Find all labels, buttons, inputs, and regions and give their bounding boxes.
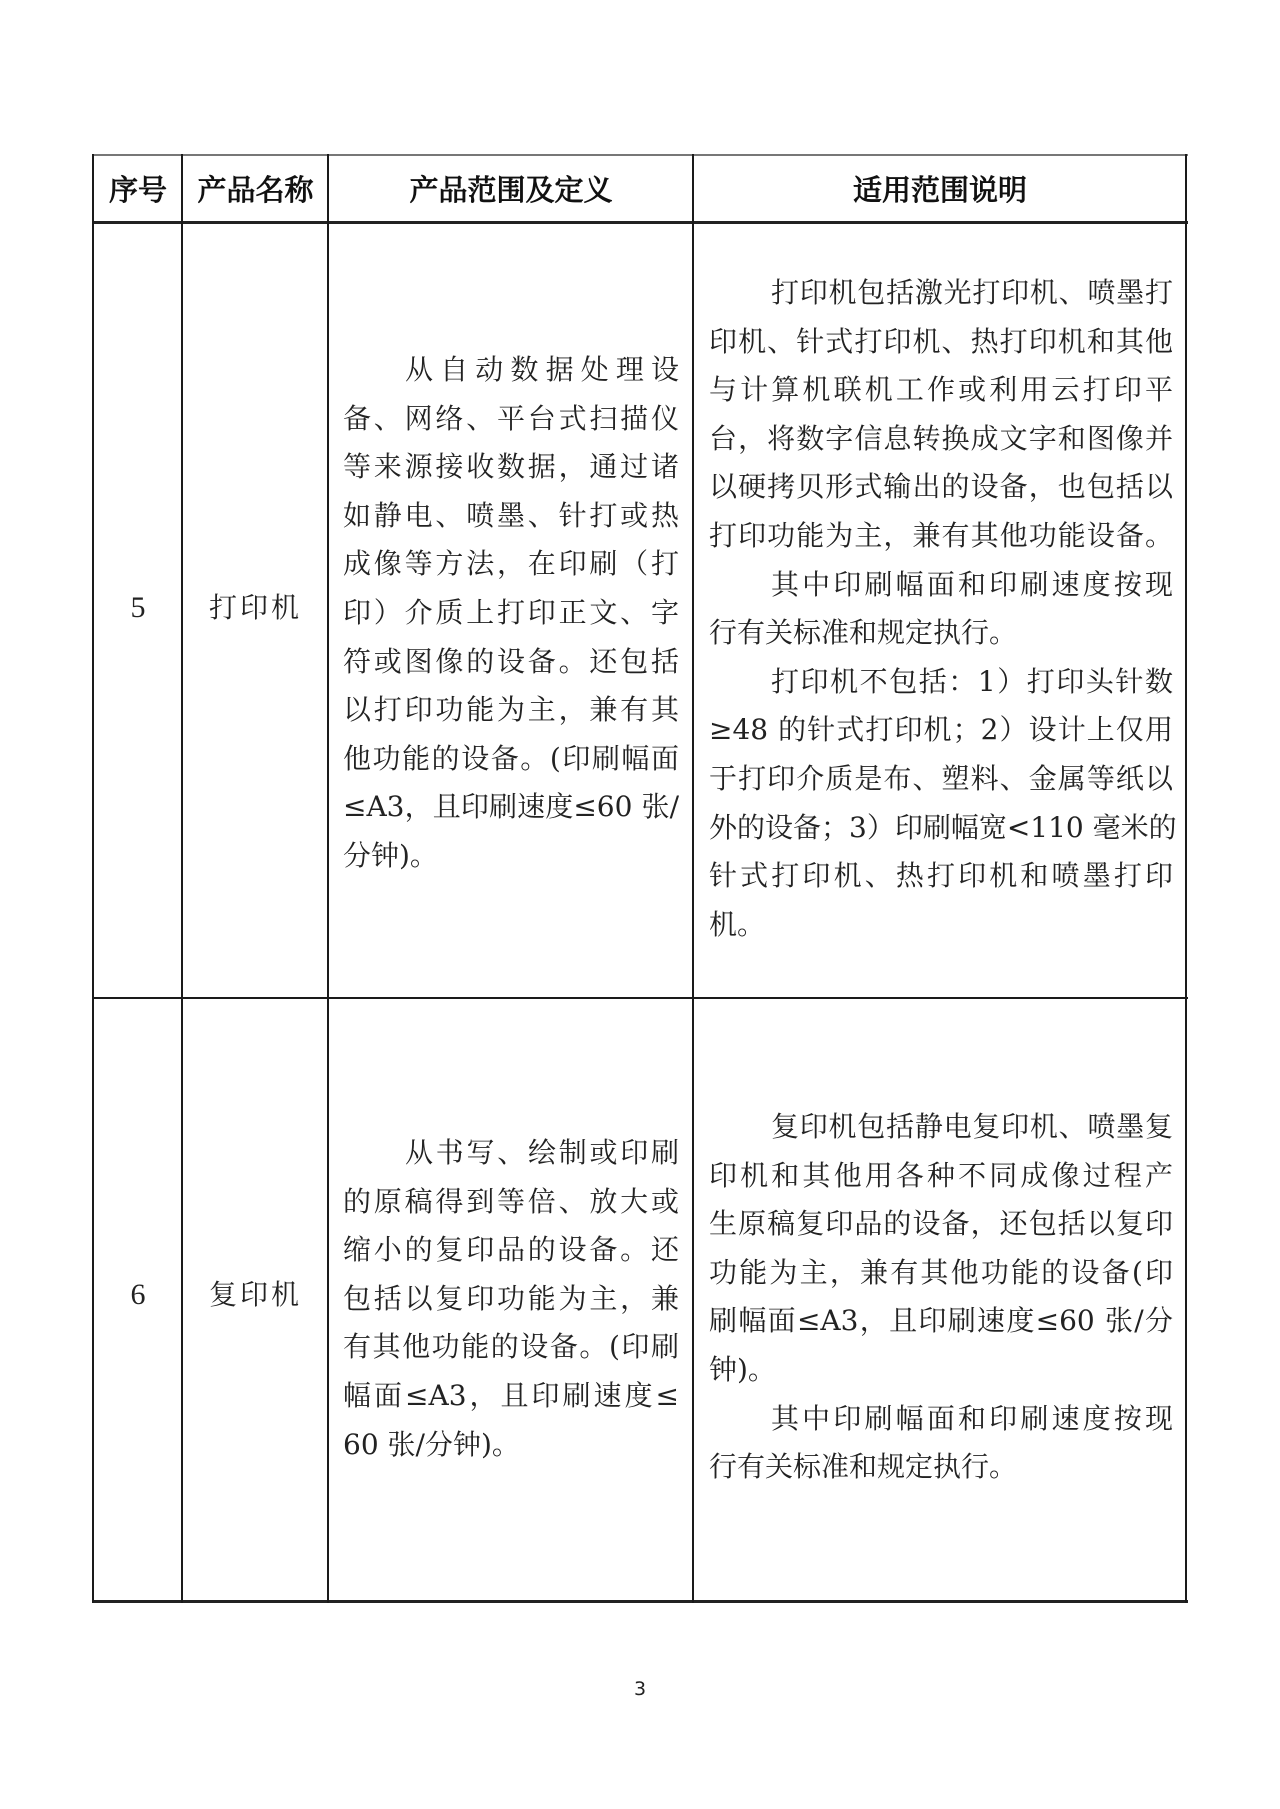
page-number: 3 — [620, 1678, 660, 1700]
text-line: 的原稿得到等倍、放大或 — [343, 1178, 679, 1227]
table-right-border — [1185, 154, 1187, 1603]
row-scope: 复印机包括静电复印机、喷墨复印机和其他用各种不同成像过程产生原稿复印品的设备，还… — [709, 1103, 1173, 1492]
row-divider — [93, 997, 1188, 999]
text-line: 其中印刷幅面和印刷速度按现 — [709, 561, 1173, 610]
text-line: 针式打印机、热打印机和喷墨打印 — [709, 852, 1173, 901]
text-line: 等来源接收数据，通过诸 — [343, 443, 679, 492]
table-top-border — [93, 154, 1188, 156]
text-line: 其中印刷幅面和印刷速度按现 — [709, 1395, 1173, 1444]
column-divider-1 — [181, 154, 183, 1603]
text-line: 缩小的复印品的设备。还 — [343, 1226, 679, 1275]
text-line: 如静电、喷墨、针打或热 — [343, 492, 679, 541]
row-index: 5 — [94, 586, 182, 630]
row-definition: 从自动数据处理设备、网络、平台式扫描仪等来源接收数据，通过诸如静电、喷墨、针打或… — [343, 346, 679, 881]
text-line: 行有关标准和规定执行。 — [709, 609, 1173, 658]
text-line: 钟)。 — [709, 1346, 1173, 1395]
text-line: 成像等方法，在印刷（打 — [343, 540, 679, 589]
text-line: 从自动数据处理设 — [343, 346, 679, 395]
text-line: 分钟)。 — [343, 832, 679, 881]
text-line: 于打印介质是布、塑料、金属等纸以 — [709, 755, 1173, 804]
text-line: 有其他功能的设备。(印刷 — [343, 1323, 679, 1372]
text-line: 打印机不包括：1）打印头针数 — [709, 658, 1173, 707]
header-bottom-border — [93, 221, 1188, 224]
header-index: 序号 — [94, 170, 182, 210]
text-line: 印机和其他用各种不同成像过程产 — [709, 1152, 1173, 1201]
text-line: 外的设备；3）印刷幅宽<110 毫米的 — [709, 804, 1173, 853]
text-line: 从书写、绘制或印刷 — [343, 1129, 679, 1178]
row-scope: 打印机包括激光打印机、喷墨打印机、针式打印机、热打印机和其他与计算机联机工作或利… — [709, 269, 1173, 949]
text-line: 打印功能为主，兼有其他功能设备。 — [709, 512, 1173, 561]
text-line: 幅面≤A3，且印刷速度≤ — [343, 1372, 679, 1421]
text-line: 功能为主，兼有其他功能的设备(印 — [709, 1249, 1173, 1298]
text-line: 以硬拷贝形式输出的设备，也包括以 — [709, 463, 1173, 512]
text-line: 台，将数字信息转换成文字和图像并 — [709, 415, 1173, 464]
text-line: 印）介质上打印正文、字 — [343, 589, 679, 638]
header-product-definition: 产品范围及定义 — [329, 170, 693, 210]
table-left-border — [92, 154, 94, 1603]
column-divider-2 — [327, 154, 329, 1603]
text-line: 包括以复印功能为主，兼 — [343, 1275, 679, 1324]
header-scope-description: 适用范围说明 — [694, 170, 1186, 210]
text-line: 复印机包括静电复印机、喷墨复 — [709, 1103, 1173, 1152]
text-line: 备、网络、平台式扫描仪 — [343, 395, 679, 444]
text-line: 机。 — [709, 901, 1173, 950]
row-product-name: 打印机 — [183, 586, 328, 630]
text-line: 生原稿复印品的设备，还包括以复印 — [709, 1200, 1173, 1249]
text-line: 行有关标准和规定执行。 — [709, 1443, 1173, 1492]
text-line: 他功能的设备。(印刷幅面 — [343, 735, 679, 784]
header-product-name: 产品名称 — [183, 170, 328, 210]
text-line: ≥48 的针式打印机；2）设计上仅用 — [709, 706, 1173, 755]
table-bottom-border — [93, 1600, 1188, 1603]
text-line: ≤A3，且印刷速度≤60 张/ — [343, 783, 679, 832]
text-line: 与计算机联机工作或利用云打印平 — [709, 366, 1173, 415]
text-line: 刷幅面≤A3，且印刷速度≤60 张/分 — [709, 1297, 1173, 1346]
row-definition: 从书写、绘制或印刷的原稿得到等倍、放大或缩小的复印品的设备。还包括以复印功能为主… — [343, 1129, 679, 1469]
text-line: 打印机包括激光打印机、喷墨打 — [709, 269, 1173, 318]
text-line: 60 张/分钟)。 — [343, 1421, 679, 1470]
document-page: 序号 产品名称 产品范围及定义 适用范围说明 5 打印机 从自动数据处理设备、网… — [0, 0, 1280, 1809]
row-product-name: 复印机 — [183, 1273, 328, 1317]
text-line: 印机、针式打印机、热打印机和其他 — [709, 318, 1173, 367]
column-divider-3 — [692, 154, 694, 1603]
text-line: 以打印功能为主，兼有其 — [343, 686, 679, 735]
text-line: 符或图像的设备。还包括 — [343, 638, 679, 687]
row-index: 6 — [94, 1273, 182, 1317]
